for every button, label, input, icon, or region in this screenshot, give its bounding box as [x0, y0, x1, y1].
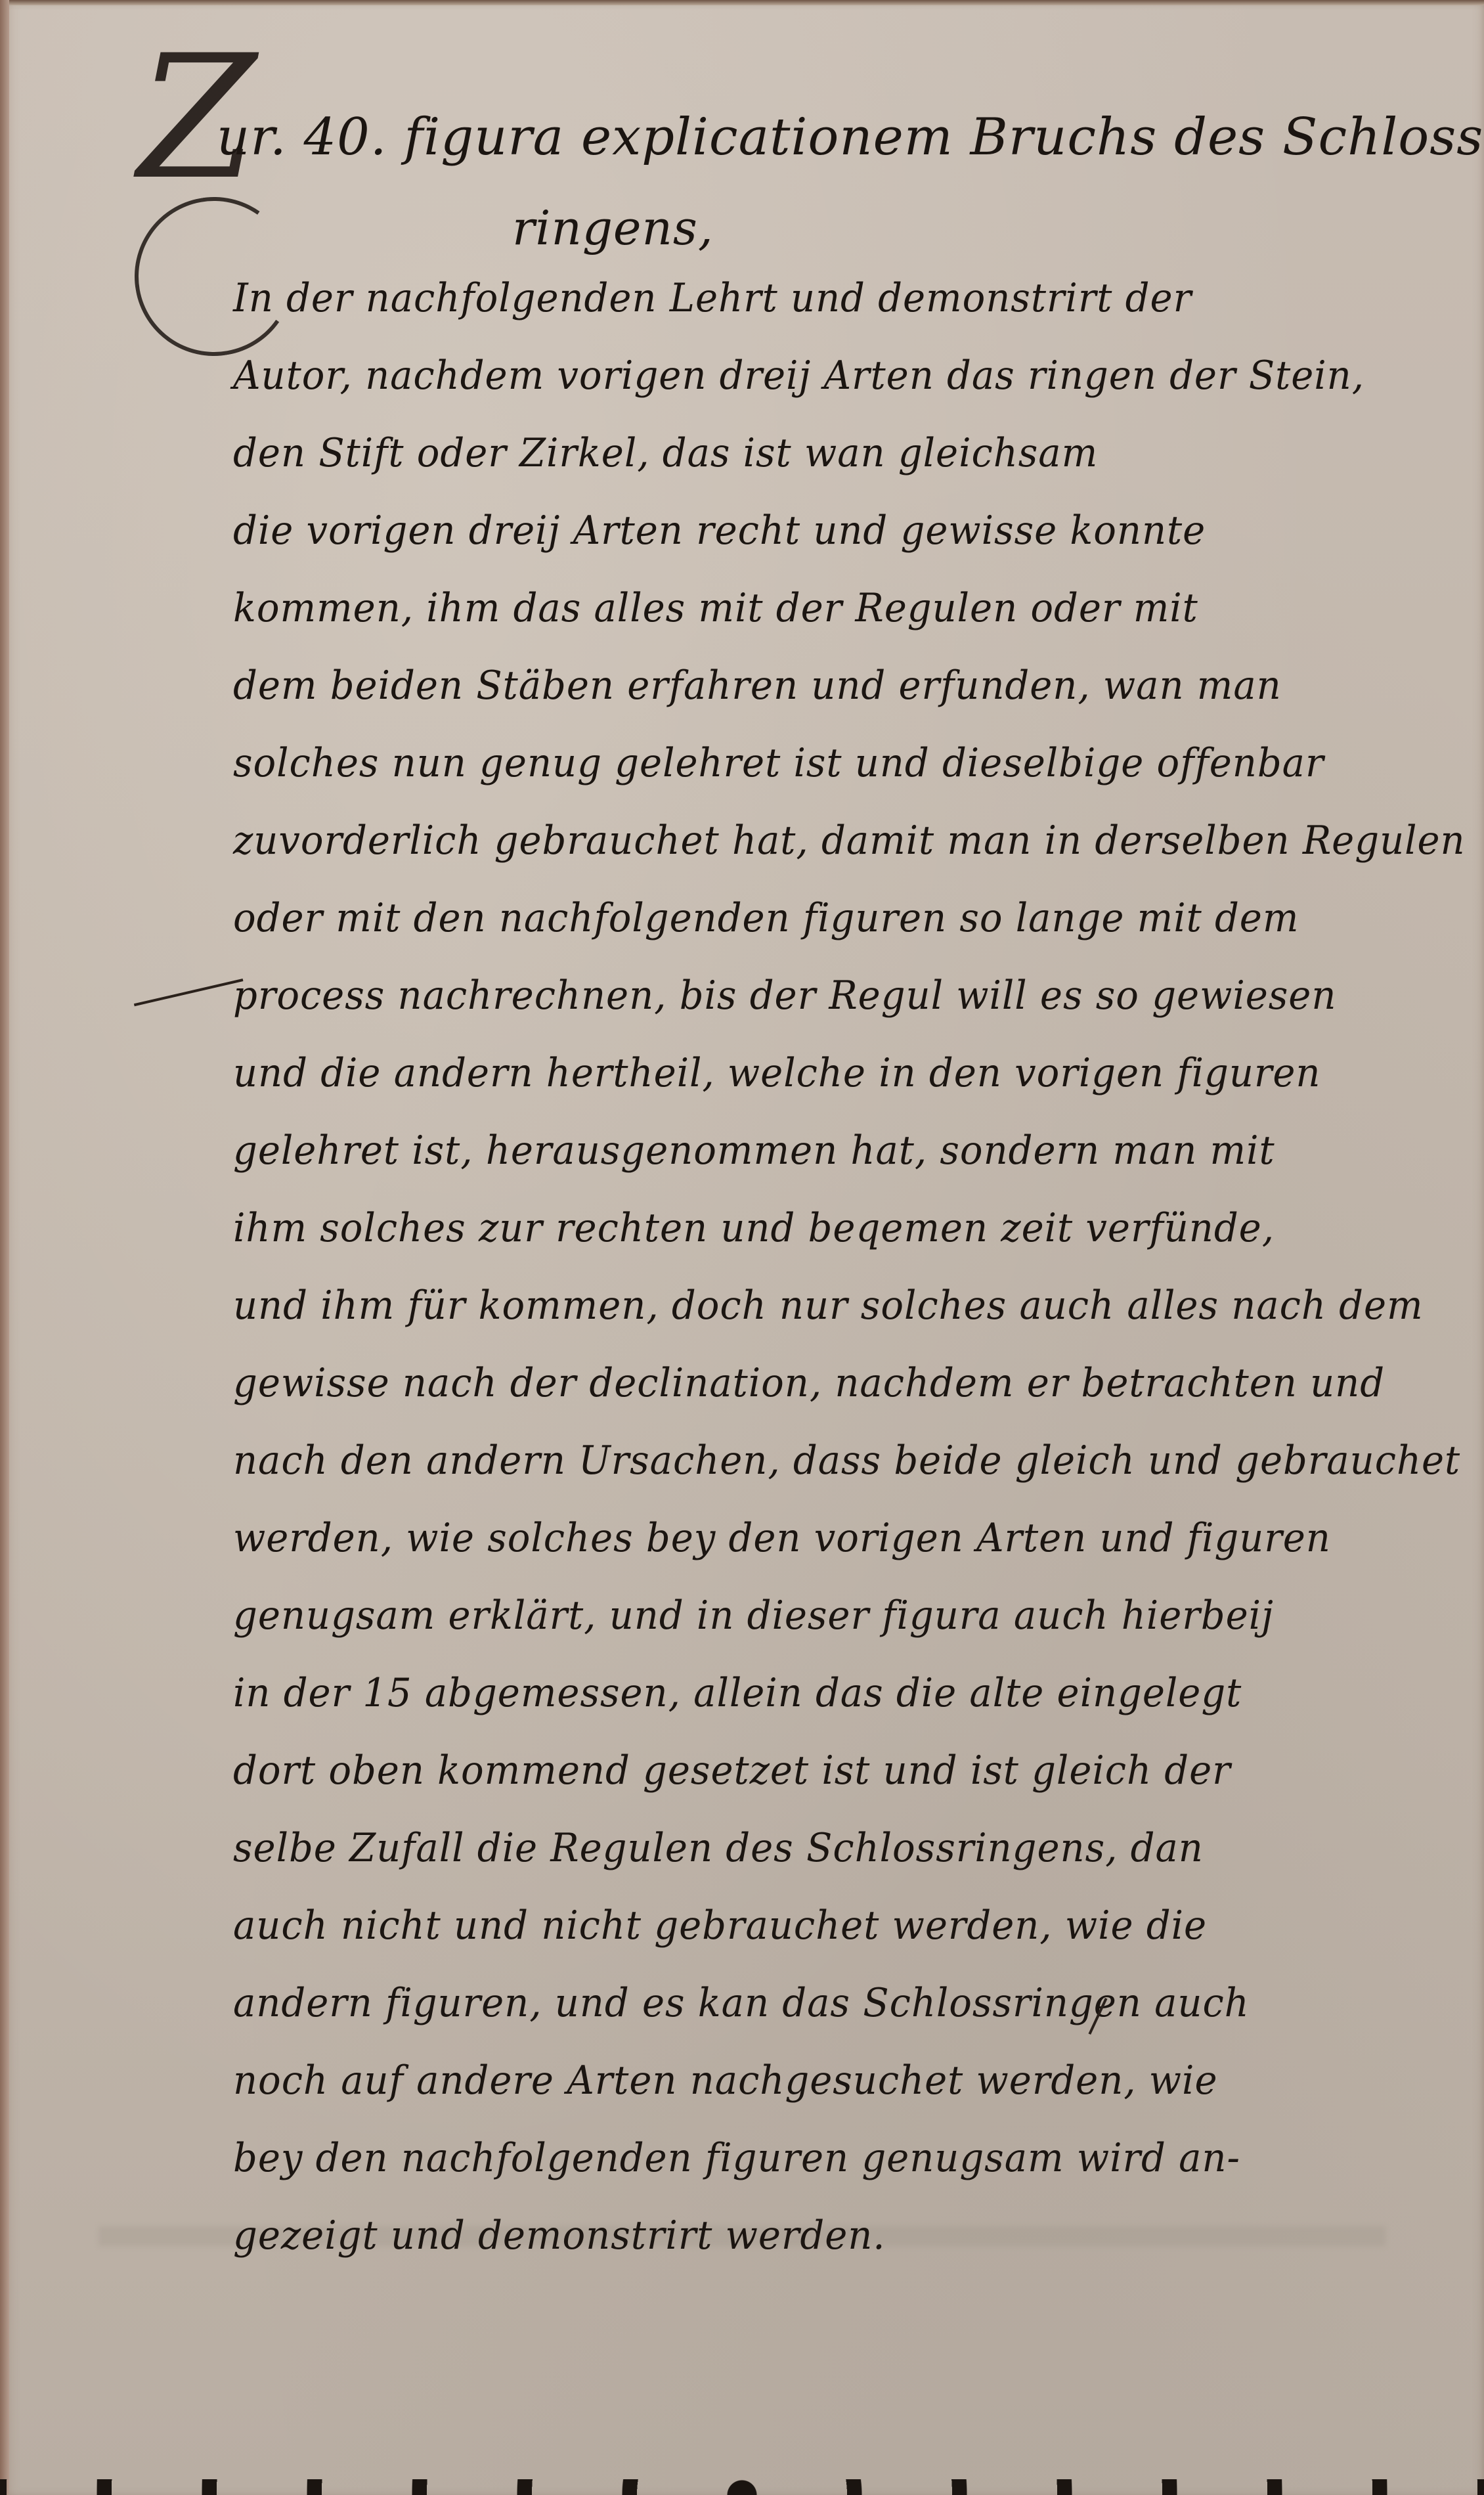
body-line: solches nun genug gelehret ist und diese…: [233, 724, 1399, 802]
body-line: Autor, nachdem vorigen dreij Arten das r…: [233, 337, 1399, 414]
margin-flourish-icon: [134, 979, 244, 1006]
body-line: auch nicht und nicht gebrauchet werden, …: [233, 1887, 1399, 1964]
body-line: werden, wie solches bey den vorigen Arte…: [233, 1499, 1399, 1577]
manuscript-page: Z ur. 40. figura explicationem Bruchs de…: [0, 0, 1484, 2495]
body-line: nach den andern Ursachen, dass beide gle…: [233, 1422, 1399, 1499]
decorated-initial: Z: [138, 33, 257, 204]
page-bottom-shadow: [0, 2479, 1484, 2495]
heading-line-2: ringens,: [512, 200, 714, 255]
body-line: selbe Zufall die Regulen des Schlossring…: [233, 1809, 1399, 1887]
body-line: bey den nachfolgenden figuren genugsam w…: [233, 2119, 1399, 2197]
body-line: dem beiden Stäben erfahren und erfunden,…: [233, 647, 1399, 724]
body-line: kommen, ihm das alles mit der Regulen od…: [233, 569, 1399, 647]
body-line: andern figuren, und es kan das Schlossri…: [233, 1964, 1399, 2042]
body-line: gelehret ist, herausgenommen hat, sonder…: [233, 1112, 1399, 1189]
body-line: ihm solches zur rechten und beqemen zeit…: [233, 1189, 1399, 1267]
body-text: In der nachfolgenden Lehrt und demonstri…: [233, 259, 1448, 2274]
body-line: genugsam erklärt, und in dieser figura a…: [233, 1577, 1399, 1654]
body-line: In der nachfolgenden Lehrt und demonstri…: [233, 259, 1399, 337]
body-line: und die andern hertheil, welche in den v…: [233, 1034, 1399, 1112]
body-line: dort oben kommend gesetzet ist und ist g…: [233, 1732, 1399, 1809]
body-line: die vorigen dreij Arten recht und gewiss…: [233, 492, 1399, 569]
body-line: process nachrechnen, bis der Regul will …: [233, 957, 1399, 1034]
heading-line-1: Z ur. 40. figura explicationem Bruchs de…: [217, 112, 1484, 163]
body-line: gewisse nach der declination, nachdem er…: [233, 1344, 1399, 1422]
page-left-edge: [0, 0, 9, 2495]
body-line: den Stift oder Zirkel, das ist wan gleic…: [233, 414, 1399, 492]
body-line: zuvorderlich gebrauchet hat, damit man i…: [233, 802, 1399, 879]
body-line: oder mit den nachfolgenden figuren so la…: [233, 879, 1399, 957]
body-line: und ihm für kommen, doch nur solches auc…: [233, 1267, 1399, 1344]
body-line: in der 15 abgemessen, allein das die alt…: [233, 1654, 1399, 1732]
body-line: noch auf andere Arten nachgesuchet werde…: [233, 2042, 1399, 2119]
body-line: gezeigt und demonstrirt werden.: [233, 2197, 1399, 2274]
heading-text: ur. 40. figura explicationem Bruchs des …: [217, 108, 1484, 167]
page-top-edge: [0, 0, 1484, 5]
